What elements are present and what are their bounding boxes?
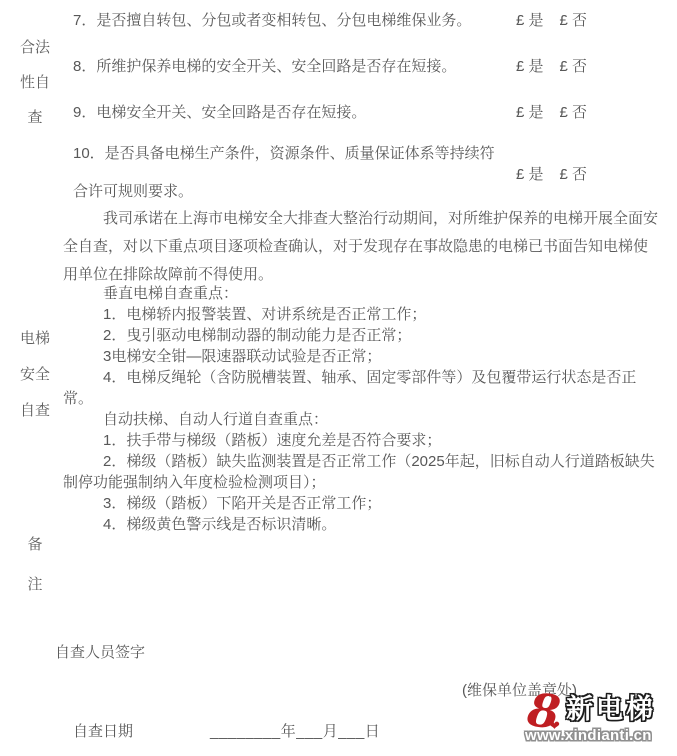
yes-no-options: £ 是 £ 否	[516, 165, 587, 185]
safety-text-line: 常。	[63, 388, 677, 409]
brand-name: 新电梯	[566, 694, 656, 724]
row-label-legality-self-check: 合法 性自 查	[12, 30, 58, 135]
checkbox-option-yes[interactable]: £ 是	[516, 165, 544, 185]
paragraph-line: 全自查，对以下重点项目逐项检查确认，对于发现存在事故隐患的电梯已书面告知电梯使	[63, 233, 677, 261]
checklist-item-text-line1: 10．是否具备电梯生产条件，资源条件、质量保证体系等持续符	[73, 135, 495, 173]
safety-text-line: 1．电梯轿内报警装置、对讲系统是否正常工作；	[63, 304, 677, 325]
checkbox-option-no[interactable]: £ 否	[560, 103, 588, 123]
date-fill-in-blanks: ________年___月___日	[210, 720, 380, 741]
safety-text-line: 3．梯级（踏板）下陷开关是否正常工作；	[63, 493, 677, 514]
safety-text-line: 3电梯安全钳—限速器联动试验是否正常；	[63, 346, 677, 367]
checkbox-option-yes[interactable]: £ 是	[516, 103, 544, 123]
safety-key-points: 垂直电梯自查重点： 1．电梯轿内报警装置、对讲系统是否正常工作； 2．曳引驱动电…	[63, 283, 677, 535]
checklist-item-text: 8．所维护保养电梯的安全开关、安全回路是否存在短接。	[73, 57, 456, 77]
checkbox-option-no[interactable]: £ 否	[560, 11, 588, 31]
checklist-item-text: 7．是否擅自转包、分包或者变相转包、分包电梯维保业务。	[73, 11, 471, 31]
safety-text-line: 制停功能强制纳入年度检验检测项目）；	[63, 472, 677, 493]
self-inspection-date-label: 自查日期	[73, 720, 133, 741]
checkbox-option-no[interactable]: £ 否	[560, 57, 588, 77]
elevator-self-inspection-form: 合法 性自 查 电梯 安全 自查 备 注 7．是否擅自转包、分包或者变相转包、分…	[0, 0, 677, 756]
checklist-item-text: 9．电梯安全开关、安全回路是否存在短接。	[73, 103, 366, 123]
yes-no-options: £ 是 £ 否	[516, 11, 587, 31]
safety-text-line: 垂直电梯自查重点：	[63, 283, 677, 304]
xindianti-watermark-logo: 8 ❤ 新电梯 www.xindianti.cn	[524, 690, 676, 754]
safety-text-line: 2．曳引驱动电梯制动器的制动能力是否正常；	[63, 325, 677, 346]
safety-text-line: 2．梯级（踏板）缺失监测装置是否正常工作（2025年起，旧标自动人行道踏板缺失	[63, 451, 677, 472]
safety-text-line: 自动扶梯、自动人行道自查重点：	[63, 409, 677, 430]
yes-no-options: £ 是 £ 否	[516, 57, 587, 77]
safety-text-line: 4．电梯反绳轮（含防脱槽装置、轴承、固定零部件等）及包覆带运行状态是否正	[63, 367, 677, 388]
website-url[interactable]: www.xindianti.cn	[525, 727, 652, 744]
commitment-paragraph: 我司承诺在上海市电梯安全大排查大整治行动期间，对所维护保养的电梯开展全面安 全自…	[63, 205, 677, 289]
checkbox-option-yes[interactable]: £ 是	[516, 57, 544, 77]
row-label-elevator-safety-self-check: 电梯 安全 自查	[12, 321, 58, 429]
safety-text-line: 1．扶手带与梯级（踏板）速度允差是否符合要求；	[63, 430, 677, 451]
checkbox-option-no[interactable]: £ 否	[560, 165, 588, 185]
row-label-remarks: 备 注	[12, 525, 58, 605]
checkbox-option-yes[interactable]: £ 是	[516, 11, 544, 31]
safety-text-line: 4．梯级黄色警示线是否标识清晰。	[63, 514, 677, 535]
signature-label: 自查人员签字	[55, 641, 145, 662]
yes-no-options: £ 是 £ 否	[516, 103, 587, 123]
paragraph-line: 我司承诺在上海市电梯安全大排查大整治行动期间，对所维护保养的电梯开展全面安	[63, 205, 677, 233]
